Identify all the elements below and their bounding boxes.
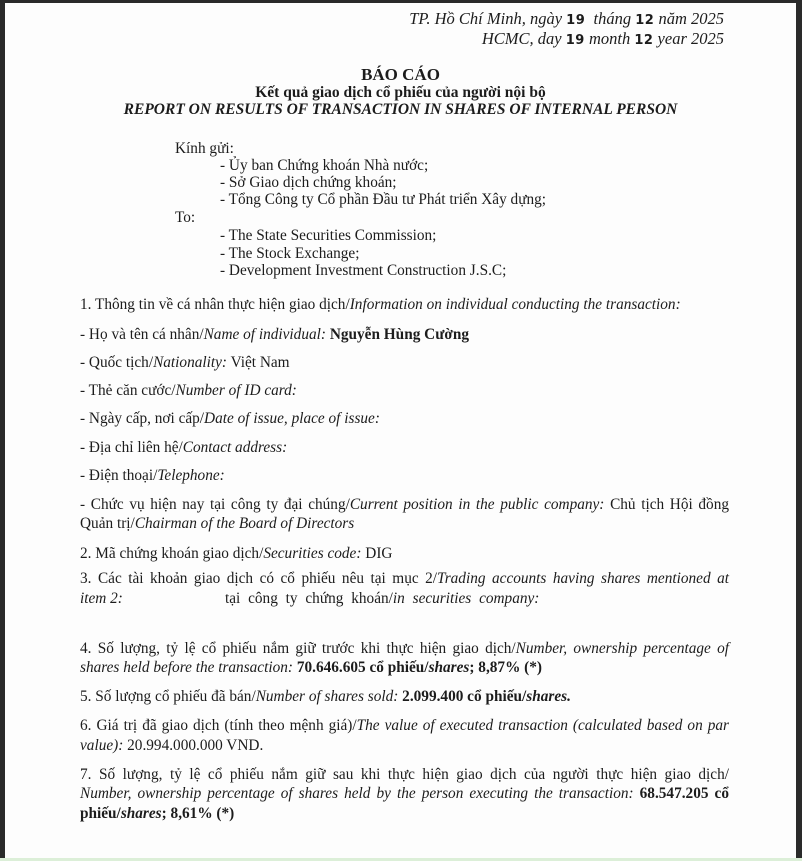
field-issue: - Ngày cấp, nơi cấp/Date of issue, place… <box>80 410 380 428</box>
name-value: Nguyễn Hùng Cường <box>330 326 469 343</box>
field-nationality: - Quốc tịch/Nationality: Việt Nam <box>80 354 290 372</box>
name-label-vi: - Họ và tên cá nhân/ <box>80 326 204 343</box>
section6-line1: 6. Giá trị đã giao dịch (tính theo mệnh … <box>80 717 729 735</box>
year-vi: 2025 <box>691 9 724 28</box>
name-label-en: Name of individual: <box>204 326 326 343</box>
transaction-value: 20.994.000.000 VND. <box>127 737 263 754</box>
transaction-value-label-vi: 6. Giá trị đã giao dịch (tính theo mệnh … <box>80 717 357 734</box>
nationality-label-en: Nationality: <box>153 354 227 371</box>
report-title: BÁO CÁO <box>5 65 796 85</box>
year-en: 2025 <box>691 29 724 48</box>
shares-sold-label-en: Number of shares sold: <box>256 688 399 705</box>
nationality-label-vi: - Quốc tịch/ <box>80 354 153 371</box>
shares-sold-value: 2.099.400 cổ phiếu/shares. <box>402 688 571 705</box>
holdings-after-label-vi: 7. Số lượng, tỷ lệ cổ phiếu nắm giữ sau … <box>80 766 729 783</box>
section1-heading-vi: 1. Thông tin về cá nhân thực hiện giao d… <box>80 296 350 313</box>
month-handwritten-en: 12 <box>634 33 653 48</box>
section3-line2: item 2: <box>80 590 123 608</box>
id-label-en: Number of ID card: <box>176 382 297 399</box>
issue-label-vi: - Ngày cấp, nơi cấp/ <box>80 410 204 427</box>
section1-heading-en: Information on individual conducting the… <box>350 296 681 313</box>
securities-code-label-en: Securities code: <box>263 545 361 562</box>
field-phone: - Điện thoại/Telephone: <box>80 467 225 485</box>
holdings-before-unit: shares <box>429 659 470 676</box>
year-en-label: year <box>658 29 687 48</box>
phone-label-vi: - Điện thoại/ <box>80 467 157 484</box>
day-handwritten-en: 19 <box>566 33 585 48</box>
month-vi-label: tháng <box>594 9 632 28</box>
section3-company: tại công ty chứng khoán/in securities co… <box>225 590 539 608</box>
recipients-vi-label: Kính gửi: <box>175 140 234 158</box>
field-id-card: - Thẻ căn cước/Number of ID card: <box>80 382 297 400</box>
date-line-vi: TP. Hồ Chí Minh, ngày 19 tháng 12 năm 20… <box>409 9 724 29</box>
date-en-prefix: HCMC, day <box>482 29 562 48</box>
date-vi-prefix: TP. Hồ Chí Minh, ngày <box>409 9 562 28</box>
section2-securities-code: 2. Mã chứng khoán giao dịch/Securities c… <box>80 545 392 563</box>
transaction-value-label-en: The value of executed transaction (calcu… <box>357 717 729 734</box>
position-value-vi-cont: Quản trị/ <box>80 515 135 532</box>
section6-line2: value): 20.994.000.000 VND. <box>80 737 263 755</box>
phone-label-en: Telephone: <box>157 467 224 484</box>
securities-code-label-vi: 2. Mã chứng khoán giao dịch/ <box>80 545 263 562</box>
holdings-before-shares: 70.646.605 cổ phiếu/ <box>297 659 429 676</box>
recipient-vi-3: - Tổng Công ty Cổ phần Đầu tư Phát triển… <box>220 191 546 209</box>
position-label-vi: - Chức vụ hiện nay tại công ty đại chúng… <box>80 496 350 513</box>
position-label-en: Current position in the public company: <box>350 496 605 513</box>
section7-line2: Number, ownership percentage of shares h… <box>80 785 729 803</box>
holdings-after-unit: shares <box>121 805 162 822</box>
securities-company-label-vi: tại công ty chứng khoán/ <box>225 590 393 607</box>
issue-label-en: Date of issue, place of issue: <box>204 410 380 427</box>
section7-line1: 7. Số lượng, tỷ lệ cổ phiếu nắm giữ sau … <box>80 766 729 784</box>
shares-sold-unit: shares. <box>526 688 571 705</box>
transaction-value-label-en-cont: value): <box>80 737 123 754</box>
id-label-vi: - Thẻ căn cước/ <box>80 382 176 399</box>
field-position-line1: - Chức vụ hiện nay tại công ty đại chúng… <box>80 496 729 514</box>
field-address: - Địa chỉ liên hệ/Contact address: <box>80 439 287 457</box>
holdings-after-shares: 68.547.205 cổ <box>640 785 729 802</box>
trading-accounts-item-label: item 2: <box>80 590 123 607</box>
recipient-en-3: - Development Investment Construction J.… <box>220 262 506 280</box>
section4-line1: 4. Số lượng, tỷ lệ cổ phiếu nắm giữ trướ… <box>80 640 729 658</box>
month-en-label: month <box>589 29 630 48</box>
report-subtitle-vi: Kết quả giao dịch cổ phiếu của người nội… <box>5 84 796 102</box>
holdings-after-shares-cont: phiếu/ <box>80 805 121 822</box>
recipient-vi-2: - Sở Giao dịch chứng khoán; <box>220 174 397 192</box>
holdings-before-label-en-cont: shares held before the transaction: <box>80 659 293 676</box>
section5-shares-sold: 5. Số lượng cổ phiếu đã bán/Number of sh… <box>80 688 571 706</box>
position-value-en: Chairman of the Board of Directors <box>135 515 354 532</box>
shares-sold-label-vi: 5. Số lượng cổ phiếu đã bán/ <box>80 688 256 705</box>
field-name: - Họ và tên cá nhân/Name of individual: … <box>80 326 469 344</box>
section3-line1: 3. Các tài khoản giao dịch có cổ phiếu n… <box>80 570 729 588</box>
holdings-after-value: phiếu/shares; 8,61% (*) <box>80 805 234 822</box>
year-vi-label: năm <box>658 9 686 28</box>
document-page: TP. Hồ Chí Minh, ngày 19 tháng 12 năm 20… <box>5 3 796 858</box>
section1-heading: 1. Thông tin về cá nhân thực hiện giao d… <box>80 296 681 314</box>
holdings-before-label-vi: 4. Số lượng, tỷ lệ cổ phiếu nắm giữ trướ… <box>80 640 516 657</box>
securities-company-label-en: in securities company: <box>393 590 540 607</box>
trading-accounts-label-vi: 3. Các tài khoản giao dịch có cổ phiếu n… <box>80 570 437 587</box>
address-label-vi: - Địa chỉ liên hệ/ <box>80 439 183 456</box>
recipient-en-1: - The State Securities Commission; <box>220 227 436 245</box>
holdings-before-percentage: ; 8,87% (*) <box>469 659 542 676</box>
field-position-line2: Quản trị/Chairman of the Board of Direct… <box>80 515 354 533</box>
report-subtitle-en: REPORT ON RESULTS OF TRANSACTION IN SHAR… <box>5 101 796 119</box>
address-label-en: Contact address: <box>183 439 287 456</box>
section7-line3: phiếu/shares; 8,61% (*) <box>80 805 234 823</box>
trading-accounts-label-en: Trading accounts having shares mentioned… <box>437 570 729 587</box>
day-handwritten: 19 <box>566 13 585 28</box>
recipients-en-label: To: <box>175 209 195 227</box>
holdings-after-label-en: Number, ownership percentage of shares h… <box>80 785 634 802</box>
recipient-en-2: - The Stock Exchange; <box>220 245 359 263</box>
month-handwritten: 12 <box>635 13 654 28</box>
section4-line2: shares held before the transaction: 70.6… <box>80 659 542 677</box>
position-value-vi: Chủ tịch Hội đồng <box>610 496 729 513</box>
holdings-after-percentage: ; 8,61% (*) <box>162 805 235 822</box>
securities-code-value: DIG <box>365 545 392 562</box>
recipient-vi-1: - Ủy ban Chứng khoán Nhà nước; <box>220 157 428 175</box>
holdings-before-label-en: Number, ownership percentage of <box>516 640 729 657</box>
nationality-value: Việt Nam <box>231 354 290 371</box>
holdings-before-value: 70.646.605 cổ phiếu/shares; 8,87% (*) <box>297 659 542 676</box>
shares-sold-number: 2.099.400 cổ phiếu/ <box>402 688 526 705</box>
date-line-en: HCMC, day 19 month 12 year 2025 <box>482 29 724 49</box>
